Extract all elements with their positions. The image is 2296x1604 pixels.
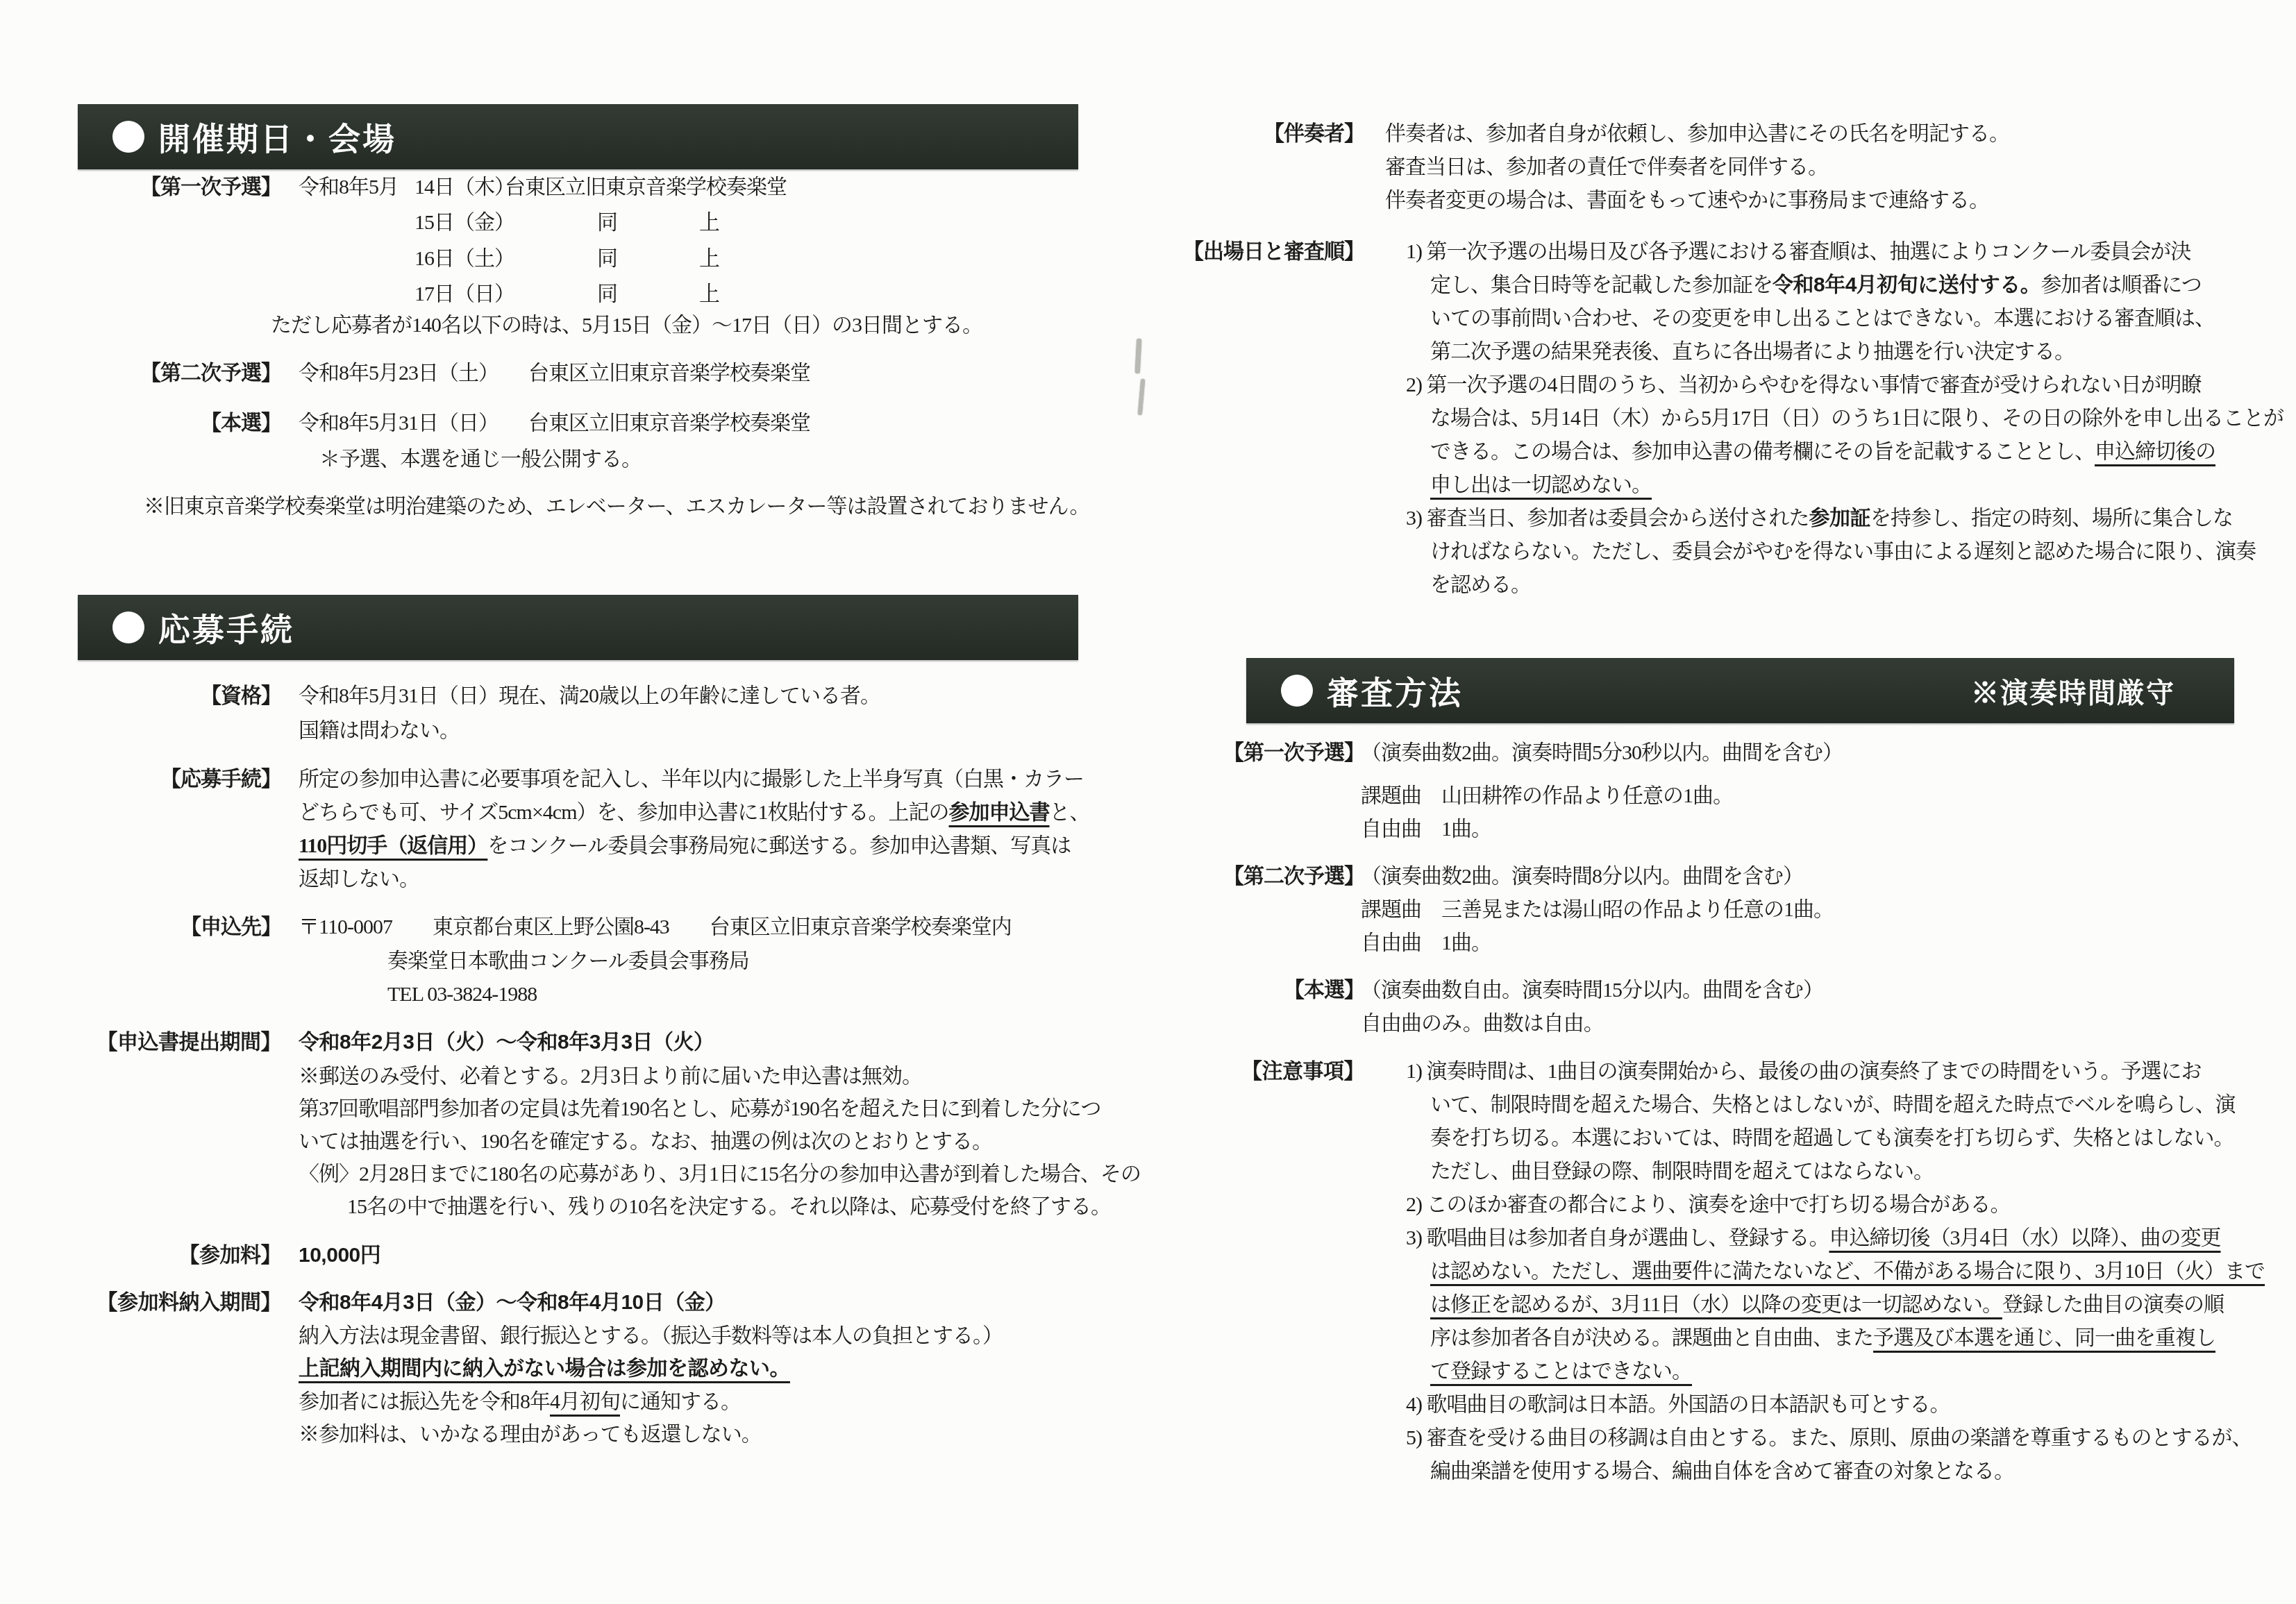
text-segment: 参加者は順番につ (2041, 273, 2201, 296)
entry-fee-value: 10,000円 (299, 1244, 380, 1268)
ditto-same: 同 (597, 211, 617, 235)
text-segment: 1) 演奏時間は、1曲目の演奏開始から、最後の曲の演奏終了までの時間をいう。予選… (1406, 1060, 2202, 1083)
text-segment: を持参し、指定の時刻、場所に集合しな (1870, 507, 2233, 530)
second-prelim-label: 【第二次予選】 (31, 362, 281, 386)
judging-first-prelim-label: 【第一次予選】 (1090, 741, 1364, 766)
text-segment: 予選及び本選を通じ、同一曲を重複し (1873, 1326, 2215, 1349)
fee-payment-line: 納入方法は現金書留、銀行振込とする。（振込手数料等は本人の負担とする。） (299, 1324, 1003, 1349)
phone-number: TEL 03-3824-1988 (387, 983, 537, 1007)
text-segment: 3) 歌唱曲目は参加者自身が選曲し、登録する。 (1406, 1226, 1829, 1249)
text-segment: 編曲楽譜を使用する場合、編曲自体を含めて審査の対象となる。 (1430, 1460, 2014, 1483)
text-segment: 〈例〉2月28日までに180名の応募があり、3月1日に15名分の参加申込書が到着… (299, 1163, 1141, 1185)
fee-payment-line: 上記納入期間内に納入がない場合は参加を認めない。 (299, 1357, 790, 1381)
caution-line: は認めない。ただし、選曲要件に満たないなど、不備がある場合に限り、3月10日（火… (1430, 1260, 2265, 1284)
judging-second-prelim-free-piece: 自由曲 1曲。 (1361, 931, 1491, 956)
text-segment: 所定の参加申込書に必要事項を記入し、半年以内に撮影した上半身写真（白黒・カラー (299, 768, 1084, 791)
text-segment: 令和8年5月31日（日）現在、満20歳以上の年齢に達している者。 (299, 684, 880, 707)
text-segment: 申し出は一切認めない。 (1430, 473, 1652, 496)
order-item-line: 1) 第一次予選の出場日及び各予選における審査順は、抽選によりコンクール委員会が… (1406, 240, 2190, 264)
ditto-same: 同 (597, 282, 617, 307)
caution-line: 奏を打ち切る。本選においては、時間を超過しても演奏を打ち切らず、失格とはしない。 (1430, 1126, 2234, 1151)
first-prelim-date-2: 15日（金） (414, 211, 514, 235)
text-segment: 令和8年4月初旬に送付する。 (1773, 273, 2041, 296)
text-segment: どちらでも可、サイズ5cm×4cm）を、参加申込書に1枚貼付する。上記の (299, 801, 949, 824)
first-prelim-venue: 台東区立旧東京音楽学校奏楽堂 (505, 176, 787, 200)
performance-day-order-label: 【出場日と審査順】 (1090, 240, 1364, 264)
section-title-judging-method: 審査方法 (1327, 668, 1463, 714)
judging-final-free-piece: 自由曲のみ。曲数は自由。 (1361, 1012, 1604, 1036)
entry-fee-label: 【参加料】 (31, 1244, 281, 1268)
submission-period-line: いては抽選を行い、190名を確定する。なお、抽選の例は次のとおりとする。 (299, 1130, 992, 1154)
bullet-circle-icon (1281, 675, 1313, 707)
text-segment: 1) 第一次予選の出場日及び各予選における審査順は、抽選によりコンクール委員会が… (1406, 240, 2190, 263)
text-segment: を認める。 (1430, 573, 1531, 596)
caution-line: 5) 審査を受ける曲目の移調は自由とする。また、原則、原曲の楽譜を尊重するものと… (1406, 1426, 2252, 1451)
text-segment: 上記納入期間内に納入がない場合は参加を認めない。 (299, 1357, 790, 1380)
section-title-event-dates-venue: 開催期日・会場 (158, 114, 396, 160)
submission-period-line: ※郵送のみ受付、必着とする。2月3日より前に届いた申込書は無効。 (299, 1065, 922, 1089)
caution-line: 3) 歌唱曲目は参加者自身が選曲し、登録する。申込締切後（3月4日（水）以降）、… (1406, 1226, 2221, 1251)
public-admission-note: ＊予選、本選を通じ一般公開する。 (319, 448, 642, 472)
scanned-booklet-spread: 開催期日・会場 【第一次予選】 令和8年5月 14日（木） 台東区立旧東京音楽学… (0, 0, 2296, 1604)
accompanist-line: 伴奏者は、参加者自身が依頼し、参加申込書にその氏名を明記する。 (1385, 122, 2009, 146)
text-segment: 登録した曲目の演奏の順 (2002, 1293, 2224, 1316)
text-segment: 国籍は問わない。 (299, 719, 460, 742)
bullet-circle-icon (112, 121, 144, 153)
caution-line: て登録することはできない。 (1430, 1360, 1692, 1384)
judging-final-rule: （演奏曲数自由。演奏時間15分以内。曲間を含む） (1361, 979, 1823, 1003)
procedure-line: 返却しない。 (299, 868, 419, 892)
mailing-address: 〒110-0007 東京都台東区上野公園8-43 台東区立旧東京音楽学校奏楽堂内 (299, 915, 1012, 940)
first-prelim-era: 令和8年5月 (299, 176, 399, 200)
section-bar-judging-method: 審査方法 ※演奏時間厳守 (1246, 658, 2234, 723)
text-segment: 定し、集合日時等を記載した参加証を (1430, 273, 1773, 296)
order-item-line: ければならない。ただし、委員会がやむを得ない事由による遅刻と認めた場合に限り、演… (1430, 540, 2256, 564)
section-bar-event-dates-venue: 開催期日・会場 (78, 104, 1078, 169)
procedure-line: どちらでも可、サイズ5cm×4cm）を、参加申込書に1枚貼付する。上記の参加申込… (299, 801, 1090, 825)
judging-final-label: 【本選】 (1090, 979, 1364, 1003)
text-segment: は認めない。ただし、選曲要件に満たないなど、不備がある場合に限り、3月10日（火… (1430, 1260, 2265, 1283)
accompanist-line: 伴奏者変更の場合は、書面をもって速やかに事務局まで連絡する。 (1385, 189, 1989, 213)
text-segment: な場合は、5月14日（木）から5月17日（日）のうち1日に限り、その日の除外を申… (1430, 407, 2284, 430)
eligibility-label: 【資格】 (31, 684, 281, 709)
ditto-above: 上 (699, 247, 719, 271)
judging-second-prelim-rule: （演奏曲数2曲。演奏時間8分以内。曲間を含む） (1361, 865, 1803, 889)
procedure-label: 【応募手続】 (31, 768, 281, 792)
text-segment: て登録することはできない。 (1430, 1360, 1692, 1383)
submission-period-label: 【申込書提出期間】 (31, 1031, 281, 1055)
caution-line: 1) 演奏時間は、1曲目の演奏開始から、最後の曲の演奏終了までの時間をいう。予選… (1406, 1060, 2202, 1084)
text-segment: 伴奏者変更の場合は、書面をもって速やかに事務局まで連絡する。 (1385, 189, 1989, 212)
order-item-line: な場合は、5月14日（木）から5月17日（日）のうち1日に限り、その日の除外を申… (1430, 407, 2284, 431)
caution-line: 編曲楽譜を使用する場合、編曲自体を含めて審査の対象となる。 (1430, 1460, 2014, 1484)
venue-accessibility-note: ※旧東京音楽学校奏楽堂は明治建築のため、エレベーター、エスカレーター等は設置され… (144, 495, 1089, 519)
text-segment: ※参加料は、いかなる理由があっても返還しない。 (299, 1423, 762, 1446)
time-limit-strict-note: ※演奏時間厳守 (1971, 671, 2234, 711)
text-segment: いては抽選を行い、190名を確定する。なお、抽選の例は次のとおりとする。 (299, 1130, 992, 1153)
text-segment: 奏を打ち切る。本選においては、時間を超過しても演奏を打ち切らず、失格とはしない。 (1430, 1126, 2234, 1149)
text-segment: 4) 歌唱曲目の歌詞は日本語。外国語の日本語訳も可とする。 (1406, 1393, 1950, 1416)
accompanist-label: 【伴奏者】 (1090, 122, 1364, 146)
judging-first-prelim-free-piece: 自由曲 1曲。 (1361, 818, 1491, 842)
text-segment: 15名の中で抽選を行い、残りの10名を決定する。それ以降は、応募受付を終了する。 (347, 1195, 1111, 1218)
judging-second-prelim-label: 【第二次予選】 (1090, 865, 1364, 889)
order-item-line: いての事前問い合わせ、その変更を申し出ることはできない。本選における審査順は、 (1430, 307, 2215, 331)
procedure-line: 110円切手（返信用）をコンクール委員会事務局宛に郵送する。参加申込書類、写真は (299, 834, 1071, 859)
submission-period-value: 令和8年2月3日（火）～令和8年3月3日（火） (299, 1031, 714, 1055)
text-segment: 申込締切後（3月4日（水）以降）、曲の変更 (1829, 1226, 2221, 1249)
text-segment: 110円切手（返信用） (299, 834, 487, 857)
text-segment: できる。この場合は、参加申込書の備考欄にその旨を記載することとし、 (1430, 440, 2095, 463)
text-segment: 参加証 (1809, 507, 1871, 530)
text-segment: ければならない。ただし、委員会がやむを得ない事由による遅刻と認めた場合に限り、演… (1430, 540, 2256, 563)
cautions-label: 【注意事項】 (1090, 1060, 1364, 1084)
final-round-label: 【本選】 (31, 412, 281, 436)
text-segment: 序は参加者各自が決める。課題曲と自由曲、また (1430, 1326, 1873, 1349)
order-item-line: 2) 第一次予選の4日間のうち、当初からやむを得ない事情で審査が受けられない日が… (1406, 373, 2202, 398)
ditto-above: 上 (699, 282, 719, 307)
submission-period-line: 15名の中で抽選を行い、残りの10名を決定する。それ以降は、応募受付を終了する。 (347, 1195, 1111, 1219)
text-segment: 納入方法は現金書留、銀行振込とする。（振込手数料等は本人の負担とする。） (299, 1324, 1003, 1347)
order-item-line: 3) 審査当日、参加者は委員会から送付された参加証を持参し、指定の時刻、場所に集… (1406, 507, 2233, 531)
ditto-above: 上 (699, 211, 719, 235)
final-round-date-venue: 令和8年5月31日（日） 台東区立旧東京音楽学校奏楽堂 (299, 412, 810, 436)
first-prelim-date-1: 14日（木） (414, 176, 514, 200)
committee-office-name: 奏楽堂日本歌曲コンクール委員会事務局 (387, 949, 749, 974)
procedure-line: 所定の参加申込書に必要事項を記入し、半年以内に撮影した上半身写真（白黒・カラー (299, 768, 1084, 792)
text-segment: 2) このほか審査の都合により、演奏を途中で打ち切る場合がある。 (1406, 1193, 2011, 1216)
staple-mark (1138, 379, 1146, 415)
order-item-line: 申し出は一切認めない。 (1430, 473, 1652, 498)
text-segment: 伴奏者は、参加者自身が依頼し、参加申込書にその氏名を明記する。 (1385, 122, 2009, 145)
order-item-line: 定し、集合日時等を記載した参加証を令和8年4月初旬に送付する。参加者は順番につ (1430, 273, 2202, 298)
first-prelim-date-3: 16日（土） (414, 247, 514, 271)
text-segment: 審査当日は、参加者の責任で伴奏者を同伴する。 (1385, 155, 1828, 178)
text-segment: ただし、曲目登録の際、制限時間を超えてはならない。 (1430, 1160, 1934, 1183)
order-item-line: 第二次予選の結果発表後、直ちに各出場者により抽選を行い決定する。 (1430, 340, 2075, 364)
bullet-circle-icon (112, 611, 144, 643)
submission-period-line: 〈例〉2月28日までに180名の応募があり、3月1日に15名分の参加申込書が到着… (299, 1163, 1141, 1187)
order-item-line: を認める。 (1430, 573, 1531, 598)
second-prelim-date-venue: 令和8年5月23日（土） 台東区立旧東京音楽学校奏楽堂 (299, 362, 810, 386)
text-segment: と、 (1050, 801, 1090, 824)
judging-first-prelim-rule: （演奏曲数2曲。演奏時間5分30秒以内。曲間を含む） (1361, 741, 1843, 766)
first-prelim-label: 【第一次予選】 (31, 176, 281, 200)
text-segment: 4月初旬 (550, 1390, 620, 1413)
text-segment: 申込締切後の (2095, 440, 2215, 463)
eligibility-line: 令和8年5月31日（日）現在、満20歳以上の年齢に達している者。 (299, 684, 880, 709)
staple-mark (1135, 339, 1142, 373)
text-segment: 2) 第一次予選の4日間のうち、当初からやむを得ない事情で審査が受けられない日が… (1406, 373, 2202, 396)
submission-period-line: 第37回歌唱部門参加者の定員は先着190名とし、応募が190名を超えた日に到着し… (299, 1097, 1100, 1122)
text-segment: 第37回歌唱部門参加者の定員は先着190名とし、応募が190名を超えた日に到着し… (299, 1097, 1100, 1120)
judging-second-prelim-set-piece: 課題曲 三善晃または湯山昭の作品より任意の1曲。 (1361, 898, 1834, 922)
order-item-line: できる。この場合は、参加申込書の備考欄にその旨を記載することとし、申込締切後の (1430, 440, 2215, 464)
caution-line: いて、制限時間を超えた場合、失格とはしないが、時間を超えた時点でベルを鳴らし、演 (1430, 1093, 2235, 1117)
mailing-address-label: 【申込先】 (31, 915, 281, 940)
text-segment: は修正を認めるが、3月11日（水）以降の変更は一切認めない。 (1430, 1293, 2002, 1316)
fee-payment-period-label: 【参加料納入期間】 (31, 1291, 281, 1315)
text-segment: ※郵送のみ受付、必着とする。2月3日より前に届いた申込書は無効。 (299, 1065, 922, 1088)
text-segment: 5) 審査を受ける曲目の移調は自由とする。また、原則、原曲の楽譜を尊重するものと… (1406, 1426, 2252, 1449)
text-segment: に通知する。 (620, 1390, 741, 1413)
fee-payment-line: ※参加料は、いかなる理由があっても返還しない。 (299, 1423, 762, 1447)
section-title-application-procedure: 応募手続 (158, 605, 294, 650)
caution-line: ただし、曲目登録の際、制限時間を超えてはならない。 (1430, 1160, 1934, 1184)
judging-first-prelim-set-piece: 課題曲 山田耕筰の作品より任意の1曲。 (1361, 784, 1733, 809)
section-bar-application-procedure: 応募手続 (78, 595, 1078, 660)
accompanist-line: 審査当日は、参加者の責任で伴奏者を同伴する。 (1385, 155, 1828, 180)
text-segment: いて、制限時間を超えた場合、失格とはしないが、時間を超えた時点でベルを鳴らし、演 (1430, 1093, 2235, 1116)
fee-payment-line: 参加者には振込先を令和8年4月初旬に通知する。 (299, 1390, 741, 1415)
text-segment: 3) 審査当日、参加者は委員会から送付された (1406, 507, 1809, 530)
caution-line: 4) 歌唱曲目の歌詞は日本語。外国語の日本語訳も可とする。 (1406, 1393, 1950, 1417)
text-segment: をコンクール委員会事務局宛に郵送する。参加申込書類、写真は (487, 834, 1071, 857)
caution-line: 2) このほか審査の都合により、演奏を途中で打ち切る場合がある。 (1406, 1193, 2011, 1217)
ditto-same: 同 (597, 247, 617, 271)
text-segment: 参加申込書 (949, 801, 1050, 824)
text-segment: 参加者には振込先を令和8年 (299, 1390, 550, 1413)
caution-line: は修正を認めるが、3月11日（水）以降の変更は一切認めない。登録した曲目の演奏の… (1430, 1293, 2224, 1317)
text-segment: 返却しない。 (299, 868, 419, 890)
first-prelim-note: ただし応募者が140名以下の時は、5月15日（金）～17日（日）の3日間とする。 (271, 314, 982, 338)
fee-payment-period-value: 令和8年4月3日（金）～令和8年4月10日（金） (299, 1291, 726, 1315)
text-segment: いての事前問い合わせ、その変更を申し出ることはできない。本選における審査順は、 (1430, 307, 2215, 330)
caution-line: 序は参加者各自が決める。課題曲と自由曲、また予選及び本選を通じ、同一曲を重複し (1430, 1326, 2215, 1351)
eligibility-line: 国籍は問わない。 (299, 719, 460, 743)
text-segment: 第二次予選の結果発表後、直ちに各出場者により抽選を行い決定する。 (1430, 340, 2075, 363)
first-prelim-date-4: 17日（日） (414, 282, 514, 307)
